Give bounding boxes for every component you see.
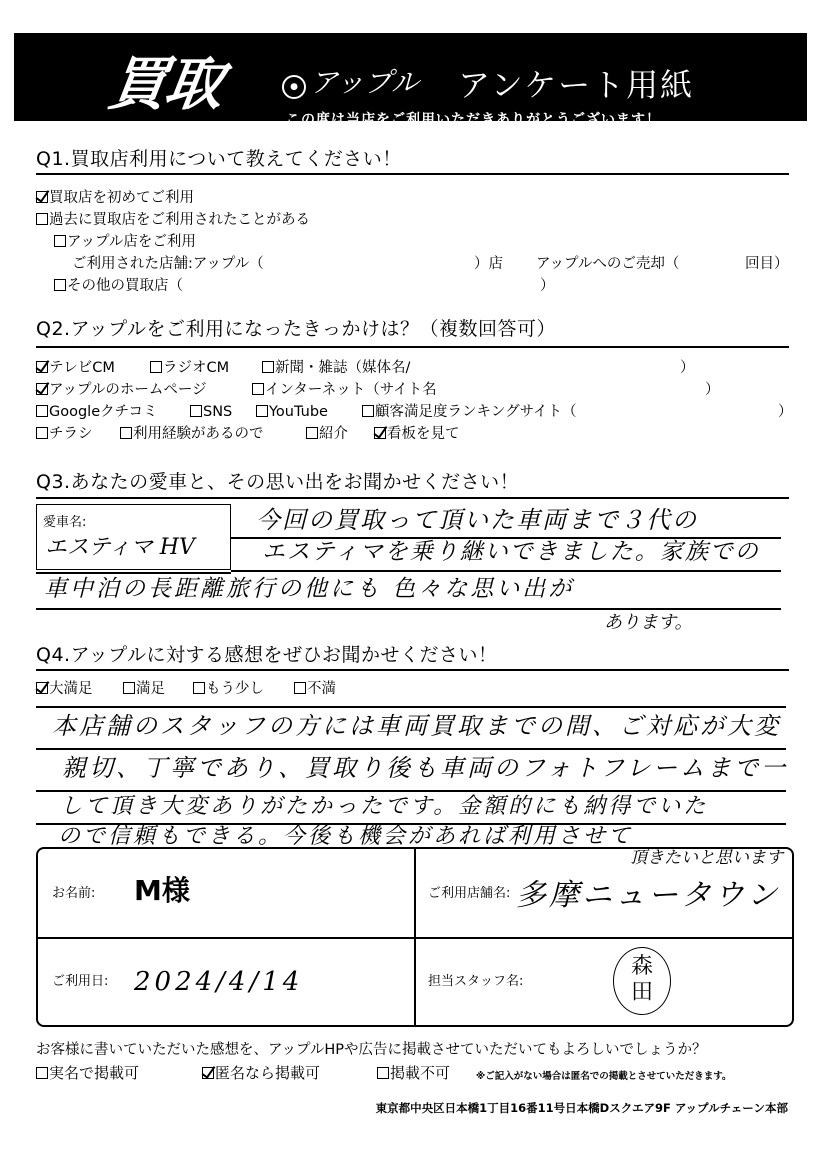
- kaitori-logo: 買取: [105, 55, 225, 113]
- checkbox[interactable]: [193, 682, 205, 694]
- car-name-label: 愛車名:: [43, 511, 86, 530]
- consent-real-name[interactable]: 実名で掲載可: [36, 1066, 139, 1081]
- q4-rating-satisfied[interactable]: 満足: [123, 682, 165, 697]
- checkbox-checked[interactable]: [202, 1067, 214, 1079]
- q4-comment-line-3: して頂き大変ありがたかったです。金額的にも納得でいた: [60, 796, 708, 818]
- q1-rule: [36, 173, 789, 175]
- q1-title: Q1.買取店利用について教えてください！: [36, 150, 402, 169]
- apple-logo-icon: ●: [282, 75, 306, 99]
- customer-info-table: お名前: M様 ご利用店舗名: 多摩ニュータウン ご利用日: 2024/4/14…: [36, 847, 794, 1027]
- q2-option-youtube[interactable]: YouTube: [256, 405, 328, 420]
- q2-internet-close: ）: [705, 383, 720, 398]
- q3-memory-line-2: エスティマを乗り継いできました。家族での: [262, 541, 760, 564]
- q2-rule: [36, 346, 789, 348]
- checkbox[interactable]: [36, 1067, 48, 1079]
- store-label: ご利用店舗名:: [428, 887, 510, 900]
- q4-rule: [36, 669, 789, 671]
- q1-sales-count-label: アップルへのご売却（: [536, 257, 679, 272]
- q2-option-internet[interactable]: インターネット（サイト名: [252, 383, 437, 398]
- q1-option-apple-store[interactable]: アップル店をご利用: [54, 235, 196, 250]
- q2-option-newspaper[interactable]: 新聞・雑誌（媒体名/: [262, 361, 410, 376]
- q4-rating-dissatisfied[interactable]: 不満: [294, 682, 336, 697]
- staff-label: 担当スタッフ名:: [428, 975, 523, 988]
- checkbox-checked[interactable]: [36, 682, 48, 694]
- q4-rating-very-satisfied[interactable]: 大満足: [36, 682, 93, 697]
- consent-anonymous[interactable]: 匿名なら掲載可: [202, 1066, 320, 1081]
- q2-newspaper-close: ）: [680, 361, 695, 376]
- checkbox[interactable]: [54, 279, 66, 291]
- date-value[interactable]: 2024/4/14: [134, 969, 303, 995]
- q2-option-referral[interactable]: 紹介: [306, 427, 348, 442]
- q4-line-1: [36, 748, 786, 750]
- q3-title: Q3.あなたの愛車と、その思い出をお聞かせください！: [36, 473, 519, 492]
- form-subtitle: この度は当店をご利用いただきありがとうございます！: [286, 109, 661, 129]
- q3-rule: [36, 497, 789, 499]
- publish-consent-question: お客様に書いていただいた感想を、アップルHPや広告に掲載させていただいてもよろし…: [36, 1043, 707, 1058]
- checkbox[interactable]: [120, 427, 132, 439]
- q1-option-other-store[interactable]: その他の買取店（: [54, 279, 183, 294]
- q2-option-tv-cm[interactable]: テレビCM: [36, 361, 115, 376]
- brand-name: アップル: [310, 69, 419, 97]
- q2-option-homepage[interactable]: アップルのホームページ: [36, 383, 207, 398]
- q2-option-signboard[interactable]: 看板を見て: [374, 427, 460, 442]
- q2-option-sns[interactable]: SNS: [190, 405, 232, 420]
- q1-option-first-time[interactable]: 買取店を初めてご利用: [36, 191, 194, 206]
- car-name-value: エスティマ HV: [45, 537, 195, 559]
- name-label: お名前:: [52, 887, 95, 900]
- checkbox[interactable]: [123, 682, 135, 694]
- q4-comment-line-1: 本店舗のスタッフの方には車両買取までの間、ご対応が大変: [52, 714, 781, 738]
- q3-line-2b: [36, 572, 231, 574]
- q4-rating-could-be-better[interactable]: もう少し: [193, 682, 264, 697]
- checkbox[interactable]: [362, 405, 374, 417]
- q2-option-prior-use[interactable]: 利用経験があるので: [120, 427, 264, 442]
- q2-option-ranking-site[interactable]: 顧客満足度ランキングサイト（: [362, 405, 577, 420]
- q1-other-close: ）: [540, 279, 555, 294]
- checkbox[interactable]: [256, 405, 268, 417]
- checkbox[interactable]: [377, 1067, 389, 1079]
- checkbox[interactable]: [36, 427, 48, 439]
- checkbox-checked[interactable]: [36, 361, 48, 373]
- checkbox-checked[interactable]: [36, 383, 48, 395]
- checkbox[interactable]: [306, 427, 318, 439]
- checkbox[interactable]: [294, 682, 306, 694]
- q2-title: Q2.アップルをご利用になったきっかけは？（複数回答可）: [36, 320, 556, 339]
- q3-memory-line-1: 今回の買取って頂いた車両まで３代の: [256, 508, 698, 532]
- q3-memory-line-3: 車中泊の長距離旅行の他にも 色々な思い出が: [44, 578, 574, 601]
- staff-stamp: 森田: [613, 947, 671, 1015]
- date-label: ご利用日:: [52, 975, 108, 988]
- q3-line-3: [36, 608, 781, 610]
- header-banner: 買取 ● アップル アンケート用紙 この度は当店をご利用いただきありがとうござい…: [14, 33, 807, 121]
- checkbox[interactable]: [150, 361, 162, 373]
- table-divider-horizontal: [38, 937, 792, 939]
- q4-comment-line-2: 親切、丁寧であり、買取り後も車両のフォトフレームまで一: [62, 756, 788, 780]
- name-value[interactable]: M様: [134, 877, 190, 905]
- q2-option-google-review[interactable]: Googleクチコミ: [36, 405, 158, 420]
- q3-line-2: [231, 570, 781, 572]
- checkbox[interactable]: [54, 235, 66, 247]
- q1-option-used-before[interactable]: 過去に買取店をご利用されたことがある: [36, 213, 310, 228]
- consent-not-allowed[interactable]: 掲載不可: [377, 1066, 450, 1081]
- checkbox[interactable]: [252, 383, 264, 395]
- consent-note: ※ご記入がない場合は匿名での掲載とさせていただきます。: [476, 1068, 731, 1082]
- store-value[interactable]: 多摩ニュータウン: [516, 881, 780, 911]
- checkbox[interactable]: [262, 361, 274, 373]
- q2-option-radio-cm[interactable]: ラジオCM: [150, 361, 229, 376]
- checkbox-checked[interactable]: [36, 191, 48, 203]
- form-title: アンケート用紙: [458, 69, 694, 101]
- q3-memory-line-4: あります。: [604, 614, 693, 632]
- q2-option-flyer[interactable]: チラシ: [36, 427, 93, 442]
- q2-ranking-close: ）: [778, 405, 793, 420]
- checkbox[interactable]: [36, 405, 48, 417]
- checkbox[interactable]: [36, 213, 48, 225]
- checkbox[interactable]: [190, 405, 202, 417]
- q1-sales-count-suffix: 回目）: [745, 257, 789, 272]
- footer-address: 東京都中央区日本橋1丁目16番11号日本橋Dスクエア9F アップルチェーン本部: [376, 1100, 788, 1116]
- q1-store-used-label: ご利用された店舗:アップル（: [72, 257, 264, 272]
- car-name-box[interactable]: 愛車名: エスティマ HV: [36, 504, 231, 570]
- q4-line-2: [36, 790, 786, 792]
- q4-line-0: [36, 706, 786, 708]
- q1-store-suffix: ）店: [474, 257, 503, 272]
- q4-comment-line-4: ので信頼もできる。今後も機会があれば利用させて: [58, 826, 633, 848]
- q4-title: Q4.アップルに対する感想をぜひお聞かせください！: [36, 646, 498, 665]
- checkbox-checked[interactable]: [374, 427, 386, 439]
